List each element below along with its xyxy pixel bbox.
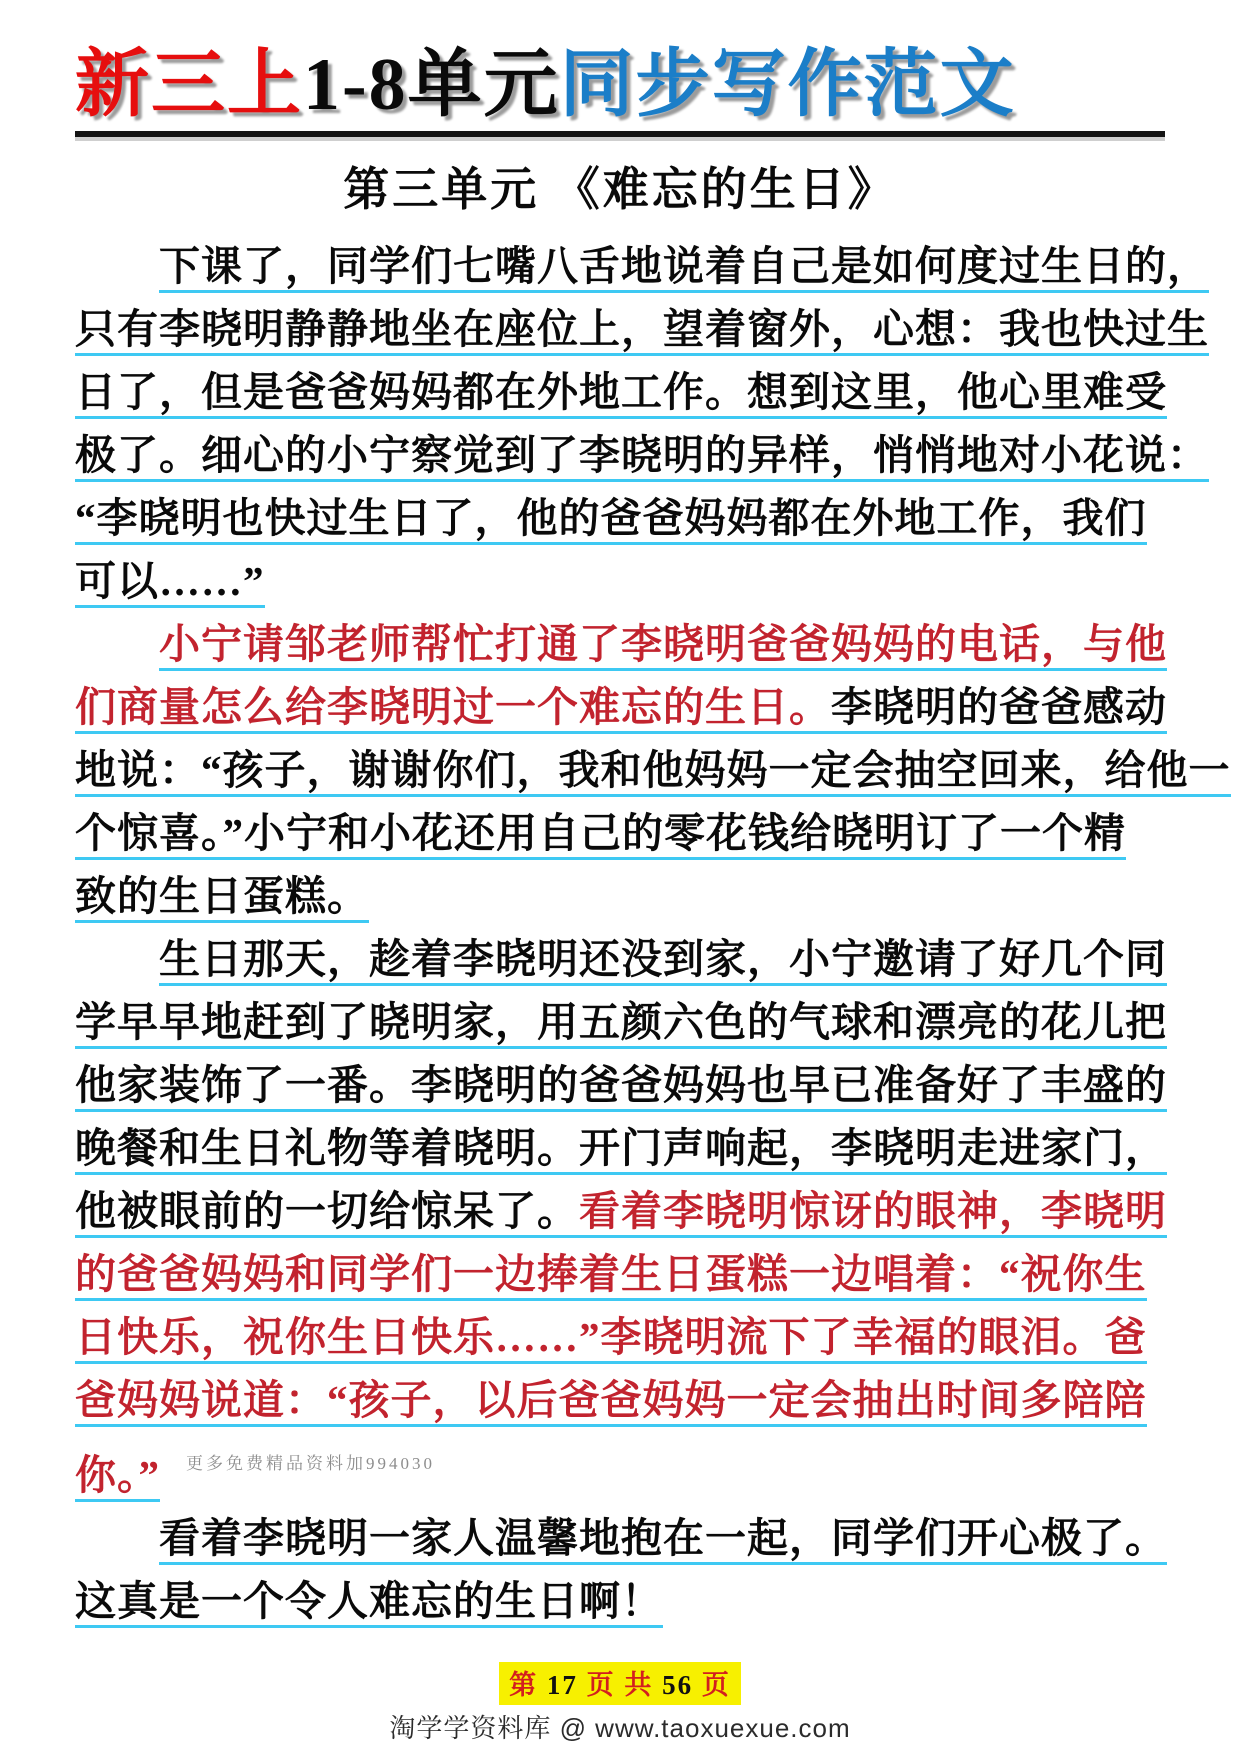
underlined-text: 们商量怎么给李晓明过一个难忘的生日。李晓明的爸爸感动: [75, 684, 1167, 734]
underlined-text: 他家装饰了一番。李晓明的爸爸妈妈也早已准备好了丰盛的: [75, 1062, 1167, 1112]
text-line: 这真是一个令人难忘的生日啊！: [75, 1570, 1165, 1633]
underlined-text: 的爸爸妈妈和同学们一边捧着生日蛋糕一边唱着：“祝你生: [75, 1251, 1147, 1301]
text-segment: 地说：“孩子，谢谢你们，我和他妈妈一定会抽空回来，给他一: [75, 747, 1231, 793]
text-line: 只有李晓明静静地坐在座位上，望着窗外，心想：我也快过生: [75, 298, 1165, 361]
text-segment: 生日那天，趁着李晓明还没到家，小宁邀请了好几个同: [159, 936, 1167, 982]
text-segment: 日快乐，祝你生日快乐……”李晓明流下了幸福的眼泪。爸: [75, 1314, 1147, 1360]
text-segment: 致的生日蛋糕。: [75, 873, 369, 919]
text-segment: 可以……”: [75, 558, 265, 604]
text-segment: 们商量怎么给李晓明过一个难忘的生日。: [75, 684, 831, 730]
text-segment: 学早早地赶到了晓明家，用五颜六色的气球和漂亮的花儿把: [75, 999, 1167, 1045]
text-segment: 小宁请邹老师帮忙打通了李晓明爸爸妈妈的电话，与他: [159, 621, 1167, 667]
text-segment: 你。”: [75, 1452, 160, 1498]
text-line: 小宁请邹老师帮忙打通了李晓明爸爸妈妈的电话，与他: [75, 613, 1165, 676]
page-number-segment: 56: [662, 1670, 693, 1700]
underlined-text: 这真是一个令人难忘的生日啊！: [75, 1578, 663, 1628]
text-line: 可以……”: [75, 550, 1165, 613]
page-number-badge: 第 17 页 共 56 页: [499, 1662, 741, 1705]
text-line: 下课了，同学们七嘴八舌地说着自己是如何度过生日的，: [75, 235, 1165, 298]
text-line: 地说：“孩子，谢谢你们，我和他妈妈一定会抽空回来，给他一: [75, 739, 1165, 802]
underlined-text: 致的生日蛋糕。: [75, 873, 369, 923]
underlined-text: 你。”: [75, 1452, 160, 1502]
text-segment: 晚餐和生日礼物等着晓明。开门声响起，李晓明走进家门，: [75, 1125, 1167, 1171]
text-segment: “李晓明也快过生日了，他的爸爸妈妈都在外地工作，我们: [75, 495, 1147, 541]
page-number-segment: 页: [693, 1670, 731, 1700]
text-line: 们商量怎么给李晓明过一个难忘的生日。李晓明的爸爸感动: [75, 676, 1165, 739]
text-segment: 下课了，同学们七嘴八舌地说着自己是如何度过生日的，: [159, 243, 1209, 289]
page-number-segment: 第: [509, 1670, 547, 1700]
text-segment: 个惊喜。”小宁和小花还用自己的零花钱给晓明订了一个精: [75, 810, 1126, 856]
unit-subtitle: 第三单元 《难忘的生日》: [75, 153, 1165, 219]
site-credit: 淘学学资料库 @ www.taoxuexue.com: [0, 1708, 1240, 1745]
text-line: 的爸爸妈妈和同学们一边捧着生日蛋糕一边唱着：“祝你生: [75, 1243, 1165, 1306]
page-footer: 第 17 页 共 56 页 淘学学资料库 @ www.taoxuexue.com: [0, 1662, 1240, 1745]
text-line: 他被眼前的一切给惊呆了。看着李晓明惊讶的眼神，李晓明: [75, 1180, 1165, 1243]
page-number-segment: 17: [547, 1670, 578, 1700]
underlined-text: 他被眼前的一切给惊呆了。看着李晓明惊讶的眼神，李晓明: [75, 1188, 1167, 1238]
text-line: 日快乐，祝你生日快乐……”李晓明流下了幸福的眼泪。爸: [75, 1306, 1165, 1369]
text-segment: 爸妈妈说道：“孩子，以后爸爸妈妈一定会抽出时间多陪陪: [75, 1377, 1147, 1423]
text-segment: 日了，但是爸爸妈妈都在外地工作。想到这里，他心里难受: [75, 369, 1167, 415]
text-segment: 极了。细心的小宁察觉到了李晓明的异样，悄悄地对小花说：: [75, 432, 1209, 478]
text-line: “李晓明也快过生日了，他的爸爸妈妈都在外地工作，我们: [75, 487, 1165, 550]
text-line: 看着李晓明一家人温馨地抱在一起，同学们开心极了。: [75, 1507, 1165, 1570]
underlined-text: 下课了，同学们七嘴八舌地说着自己是如何度过生日的，: [159, 243, 1209, 293]
text-segment: 的爸爸妈妈和同学们一边捧着生日蛋糕一边唱着：“祝你生: [75, 1251, 1147, 1297]
text-line: 日了，但是爸爸妈妈都在外地工作。想到这里，他心里难受: [75, 361, 1165, 424]
text-line: 他家装饰了一番。李晓明的爸爸妈妈也早已准备好了丰盛的: [75, 1054, 1165, 1117]
text-line: 极了。细心的小宁察觉到了李晓明的异样，悄悄地对小花说：: [75, 424, 1165, 487]
text-segment: 这真是一个令人难忘的生日啊！: [75, 1578, 663, 1624]
underlined-text: 小宁请邹老师帮忙打通了李晓明爸爸妈妈的电话，与他: [159, 621, 1167, 671]
underlined-text: 日快乐，祝你生日快乐……”李晓明流下了幸福的眼泪。爸: [75, 1314, 1147, 1364]
underlined-text: 极了。细心的小宁察觉到了李晓明的异样，悄悄地对小花说：: [75, 432, 1209, 482]
text-line: 晚餐和生日礼物等着晓明。开门声响起，李晓明走进家门，: [75, 1117, 1165, 1180]
text-segment: 看着李晓明一家人温馨地抱在一起，同学们开心极了。: [159, 1515, 1167, 1561]
underlined-text: 学早早地赶到了晓明家，用五颜六色的气球和漂亮的花儿把: [75, 999, 1167, 1049]
text-line: 学早早地赶到了晓明家，用五颜六色的气球和漂亮的花儿把: [75, 991, 1165, 1054]
underlined-text: 日了，但是爸爸妈妈都在外地工作。想到这里，他心里难受: [75, 369, 1167, 419]
underlined-text: 地说：“孩子，谢谢你们，我和他妈妈一定会抽空回来，给他一: [75, 747, 1231, 797]
underlined-text: 晚餐和生日礼物等着晓明。开门声响起，李晓明走进家门，: [75, 1125, 1167, 1175]
document-page: 新三上1-8单元同步写作范文 第三单元 《难忘的生日》 下课了，同学们七嘴八舌地…: [0, 0, 1240, 1753]
underlined-text: 个惊喜。”小宁和小花还用自己的零花钱给晓明订了一个精: [75, 810, 1126, 860]
text-segment: 他被眼前的一切给惊呆了。: [75, 1188, 579, 1234]
text-segment: 他家装饰了一番。李晓明的爸爸妈妈也早已准备好了丰盛的: [75, 1062, 1167, 1108]
title-underline-rule: [75, 131, 1165, 137]
title-part-subject: 同步写作范文: [560, 44, 1016, 126]
text-line: 个惊喜。”小宁和小花还用自己的零花钱给晓明订了一个精: [75, 802, 1165, 865]
text-line: 你。”更多免费精品资料加994030: [75, 1432, 1165, 1507]
title-part-grade: 新三上: [75, 44, 303, 126]
title-part-units: 1-8单元: [303, 44, 560, 126]
body-lines: 下课了，同学们七嘴八舌地说着自己是如何度过生日的，只有李晓明静静地坐在座位上，望…: [75, 235, 1165, 1633]
text-line: 致的生日蛋糕。: [75, 865, 1165, 928]
underlined-text: 生日那天，趁着李晓明还没到家，小宁邀请了好几个同: [159, 936, 1167, 986]
text-segment: 看着李晓明惊讶的眼神，李晓明: [579, 1188, 1167, 1234]
document-title: 新三上1-8单元同步写作范文: [75, 44, 1165, 127]
underlined-text: 看着李晓明一家人温馨地抱在一起，同学们开心极了。: [159, 1515, 1167, 1565]
underlined-text: 爸妈妈说道：“孩子，以后爸爸妈妈一定会抽出时间多陪陪: [75, 1377, 1147, 1427]
watermark-text: 更多免费精品资料加994030: [186, 1454, 435, 1473]
text-segment: 李晓明的爸爸感动: [831, 684, 1167, 730]
underlined-text: “李晓明也快过生日了，他的爸爸妈妈都在外地工作，我们: [75, 495, 1147, 545]
text-line: 生日那天，趁着李晓明还没到家，小宁邀请了好几个同: [75, 928, 1165, 991]
underlined-text: 可以……”: [75, 558, 265, 608]
page-number-segment: 页 共: [578, 1670, 662, 1700]
text-line: 爸妈妈说道：“孩子，以后爸爸妈妈一定会抽出时间多陪陪: [75, 1369, 1165, 1432]
underlined-text: 只有李晓明静静地坐在座位上，望着窗外，心想：我也快过生: [75, 306, 1209, 356]
text-segment: 只有李晓明静静地坐在座位上，望着窗外，心想：我也快过生: [75, 306, 1209, 352]
